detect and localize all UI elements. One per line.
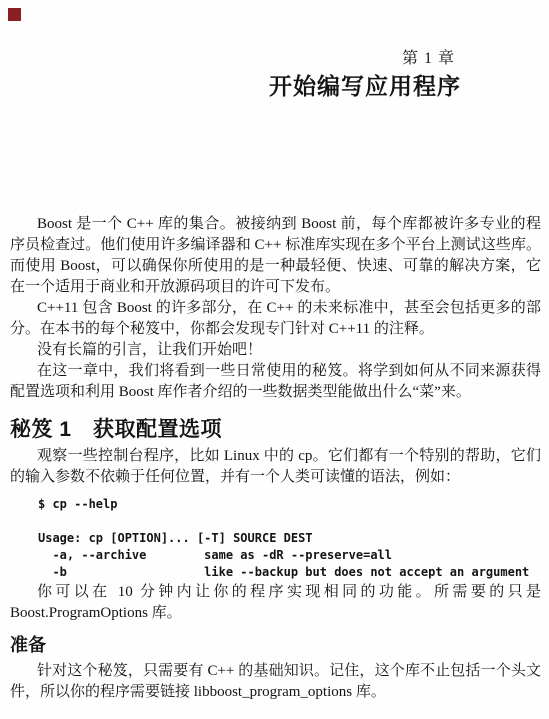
recipe-1-heading: 秘笈 1 获取配置选项 — [10, 416, 541, 444]
getting-ready-heading: 准备 — [10, 633, 541, 657]
page-body: Boost 是一个 C++ 库的集合。被接纳到 Boost 前，每个库都被许多专… — [10, 214, 541, 703]
intro-paragraph-4: 在这一章中，我们将看到一些日常使用的秘笈。将学到如何从不同来源获得配置选项和利用… — [10, 361, 541, 403]
chapter-title: 开始编写应用程序 — [269, 68, 461, 101]
book-page: 第 1 章 开始编写应用程序 Boost 是一个 C++ 库的集合。被接纳到 B… — [0, 0, 549, 719]
chapter-number: 第 1 章 — [402, 45, 455, 68]
intro-paragraph-2: C++11 包含 Boost 的许多部分，在 C++ 的未来标准中，甚至会包括更… — [10, 298, 541, 340]
getting-ready-paragraph: 针对这个秘笈，只需要有 C++ 的基础知识。记住，这个库不止包括一个头文件，所以… — [10, 661, 541, 703]
cp-help-code-block: $ cp --help Usage: cp [OPTION]... [-T] S… — [38, 496, 541, 581]
recipe-after-code-paragraph: 你可以在 10 分钟内让你的程序实现相同的功能。所需要的只是 Boost.Pro… — [10, 582, 541, 624]
recipe-intro-paragraph: 观察一些控制台程序，比如 Linux 中的 cp。它们都有一个特别的帮助，它们的… — [10, 446, 541, 488]
intro-paragraph-3: 没有长篇的引言，让我们开始吧！ — [10, 340, 541, 361]
intro-paragraph-1: Boost 是一个 C++ 库的集合。被接纳到 Boost 前，每个库都被许多专… — [10, 214, 541, 298]
red-corner-marker — [8, 8, 21, 21]
